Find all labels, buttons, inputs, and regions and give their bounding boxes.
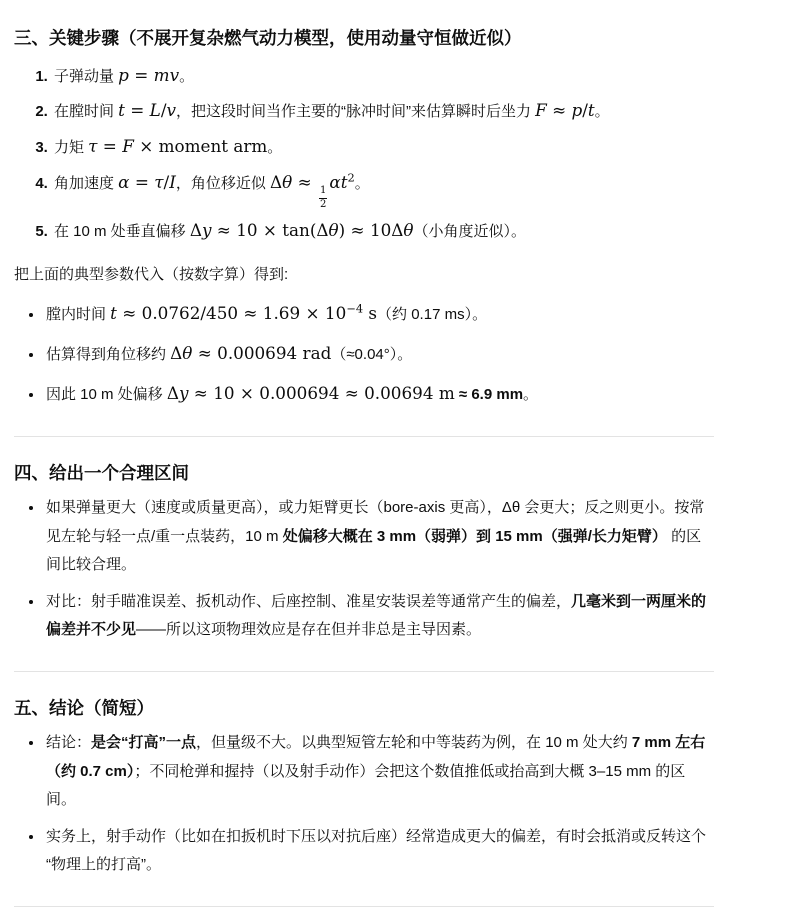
list-item: 对比：射手瞄准误差、扳机动作、后座控制、准星安装误差等通常产生的偏差，几毫米到一… [44, 588, 714, 645]
math-variable: θ [403, 220, 413, 240]
math-inline: Δy ≈ 10 × tan(Δθ) ≈ 10Δθ [190, 220, 414, 240]
math-variable: t [110, 303, 117, 323]
bold-text-run: 处偏移大概在 3 mm（弱弹）到 15 mm（强弹/长力矩臂） [283, 528, 667, 545]
paragraph: 把上面的典型参数代入（按数字算）得到: [14, 261, 714, 290]
math-variable: τ [154, 172, 163, 192]
math-inline: Δθ ≈ 0.000694 rad [170, 343, 331, 363]
math-number: 0.0762/450 [142, 303, 238, 323]
text-run: ——所以这项物理效应是存在但并非总是主导因素。 [136, 621, 481, 638]
math-operator: × [134, 136, 159, 156]
section-divider [14, 906, 714, 907]
math-variable: θ [282, 172, 292, 192]
math-number: Δ [167, 383, 179, 403]
math-operator: = [129, 65, 154, 85]
math-variable: I [169, 172, 176, 192]
math-variable: α [118, 172, 129, 192]
list-item: 在 10 m 处垂直偏移 Δy ≈ 10 × tan(Δθ) ≈ 10Δθ（小角… [52, 215, 714, 247]
math-number: 1.69 [263, 303, 300, 323]
text-run: ，但量级不大。以典型短管左轮和中等装药为例，在 10 m 处大约 [196, 734, 632, 751]
math-operator: ≈ [238, 303, 263, 323]
math-inline: α = τ/I [118, 172, 176, 192]
math-operator: ≈ [339, 383, 364, 403]
superscript: −4 [346, 301, 363, 315]
list-item: 估算得到角位移约 Δθ ≈ 0.000694 rad（≈0.04°）。 [44, 338, 714, 370]
section-heading: 五、结论（简短） [14, 696, 714, 721]
text-run: 结论： [46, 734, 91, 751]
math-variable: αt [329, 172, 347, 192]
math-number: 10Δ [370, 220, 403, 240]
math-number: 0.00694 m [364, 383, 455, 403]
fraction: 12 [319, 185, 327, 211]
text-run: 力矩 [54, 139, 88, 156]
math-operator: ≈ [192, 343, 217, 363]
bullet-list: 结论：是会“打高”一点，但量级不大。以典型短管左轮和中等装药为例，在 10 m … [14, 729, 714, 880]
fraction-denominator: 2 [319, 198, 327, 212]
section-divider [14, 671, 714, 672]
math-variable: t [118, 100, 125, 120]
math-inline: Δθ ≈ 12αt2 [270, 172, 355, 192]
list-item: 子弹动量 p = mv。 [52, 60, 714, 92]
text-run: ，角位移近似 [176, 175, 270, 192]
text-run: 因此 10 m 处偏移 [46, 386, 167, 403]
math-operator: ≈ [188, 383, 213, 403]
math-operator: ≈ [345, 220, 370, 240]
bold-text-run: 是会“打高”一点 [91, 734, 196, 751]
math-variable: p [118, 65, 129, 85]
text-run: 在 10 m 处垂直偏移 [54, 223, 190, 240]
text-run: 在膛时间 [54, 103, 118, 120]
text-run: 。 [267, 139, 282, 156]
list-item: 因此 10 m 处偏移 Δy ≈ 10 × 0.000694 ≈ 0.00694… [44, 378, 714, 410]
math-inline: t = L/v [118, 100, 176, 120]
math-operator: × [258, 220, 283, 240]
math-number: Δ [270, 172, 282, 192]
fraction-numerator: 1 [320, 185, 326, 198]
math-inline: F ≈ p/t [535, 100, 595, 120]
superscript: 2 [347, 171, 354, 185]
math-inline: p = mv [118, 65, 179, 85]
math-operator: = [97, 136, 122, 156]
text-run: 估算得到角位移约 [46, 346, 170, 363]
math-number: 0.000694 rad [217, 343, 331, 363]
math-operator: × [235, 383, 260, 403]
text-run: 子弹动量 [54, 68, 118, 85]
list-item: 在膛时间 t = L/v，把这段时间当作主要的“脉冲时间”来估算瞬时后坐力 F … [52, 95, 714, 127]
math-variable: L [150, 100, 161, 120]
bullet-list: 如果弹量更大（速度或质量更高），或力矩臂更长（bore-axis 更高），Δθ … [14, 494, 714, 645]
section-divider [14, 436, 714, 437]
math-variable: v [166, 100, 175, 120]
math-variable: F [535, 100, 547, 120]
list-item: 实务上，射手动作（比如在扣扳机时下压以对抗后座）经常造成更大的偏差，有时会抵消或… [44, 823, 714, 880]
math-number: Δ [170, 343, 182, 363]
math-number: tan(Δ [282, 220, 328, 240]
math-number: 10 [213, 383, 234, 403]
math-variable: θ [182, 343, 192, 363]
text-run: 。 [595, 103, 610, 120]
section-heading: 四、给出一个合理区间 [14, 461, 714, 486]
list-item: 膛内时间 t ≈ 0.0762/450 ≈ 1.69 × 10−4 s（约 0.… [44, 298, 714, 330]
math-inline: t ≈ 0.0762/450 ≈ 1.69 × 10−4 s [110, 303, 377, 323]
answer-document: 三、关键步骤（不展开复杂燃气动力模型，使用动量守恒做近似）子弹动量 p = mv… [14, 0, 714, 907]
math-number: moment arm [159, 136, 268, 156]
list-item: 角加速度 α = τ/I，角位移近似 Δθ ≈ 12αt2。 [52, 167, 714, 211]
math-number: 10 [236, 220, 257, 240]
math-operator: × [300, 303, 325, 323]
text-run: 对比：射手瞄准误差、扳机动作、后座控制、准星安装误差等通常产生的偏差， [46, 593, 571, 610]
math-variable: mv [154, 65, 179, 85]
math-number: 10 [325, 303, 346, 323]
math-number: 0.000694 [259, 383, 339, 403]
list-item: 力矩 τ = F × moment arm。 [52, 131, 714, 163]
text-run: 。 [355, 175, 370, 192]
section-heading: 三、关键步骤（不展开复杂燃气动力模型，使用动量守恒做近似） [14, 26, 714, 51]
text-run: （约 0.17 ms）。 [377, 306, 487, 323]
text-run: 角加速度 [54, 175, 118, 192]
text-run: （小角度近似）。 [414, 223, 527, 240]
bullet-list: 膛内时间 t ≈ 0.0762/450 ≈ 1.69 × 10−4 s（约 0.… [14, 298, 714, 410]
math-operator: ≈ [211, 220, 236, 240]
math-variable: p [572, 100, 583, 120]
text-run: 膛内时间 [46, 306, 110, 323]
math-operator: = [125, 100, 150, 120]
list-item: 如果弹量更大（速度或质量更高），或力矩臂更长（bore-axis 更高），Δθ … [44, 494, 714, 580]
math-variable: t [588, 100, 595, 120]
math-operator: ≈ [292, 172, 317, 192]
math-inline: Δy ≈ 10 × 0.000694 ≈ 0.00694 m [167, 383, 455, 403]
text-run: ；不同枪弹和握持（以及射手动作）会把这个数值推低或抬高到大概 3–15 mm 的… [46, 763, 685, 809]
bold-text-run: ≈ 6.9 mm [455, 386, 523, 403]
math-number: Δ [190, 220, 202, 240]
math-operator: ≈ [547, 100, 572, 120]
math-operator: ≈ [117, 303, 142, 323]
math-number: s [363, 303, 377, 323]
math-operator: = [130, 172, 155, 192]
text-run: ，把这段时间当作主要的“脉冲时间”来估算瞬时后坐力 [176, 103, 535, 120]
math-variable: θ [329, 220, 339, 240]
text-run: 。 [179, 68, 194, 85]
text-run: （≈0.04°）。 [331, 346, 412, 363]
text-run: 实务上，射手动作（比如在扣扳机时下压以对抗后座）经常造成更大的偏差，有时会抵消或… [46, 828, 706, 874]
text-run: 。 [523, 386, 538, 403]
list-item: 结论：是会“打高”一点，但量级不大。以典型短管左轮和中等装药为例，在 10 m … [44, 729, 714, 815]
math-inline: τ = F × moment arm [88, 136, 267, 156]
math-variable: F [122, 136, 134, 156]
numbered-list: 子弹动量 p = mv。在膛时间 t = L/v，把这段时间当作主要的“脉冲时间… [14, 60, 714, 248]
